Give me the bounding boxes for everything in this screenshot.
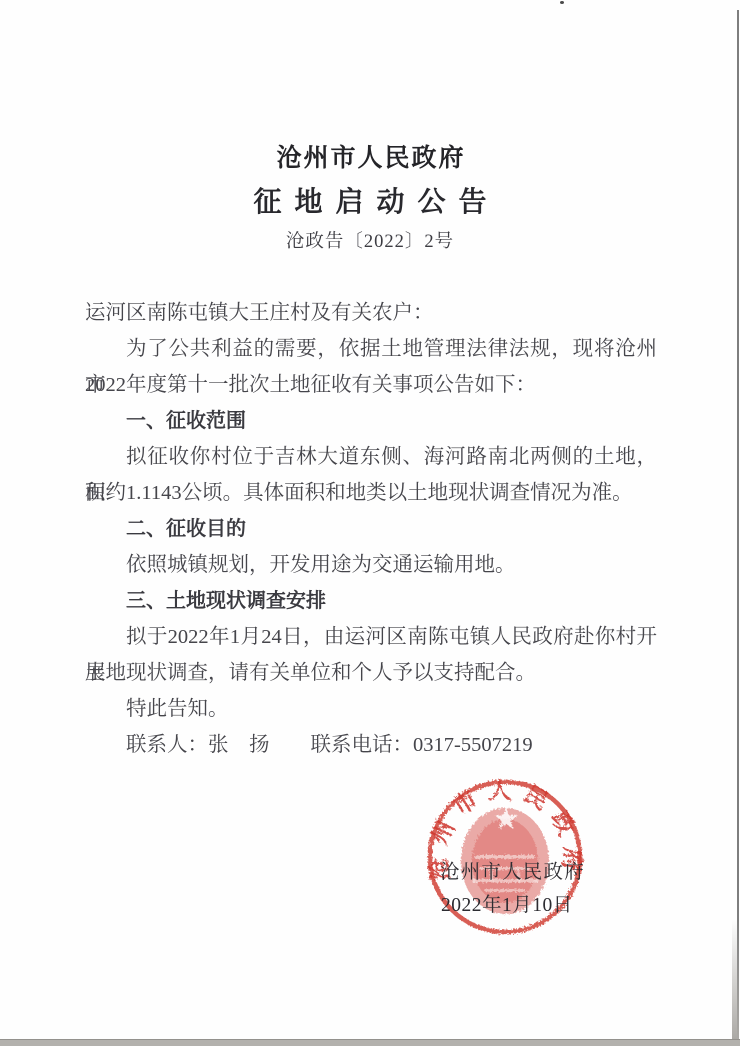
- signature-date: 2022年1月10日: [441, 889, 573, 917]
- paragraph-line: 2022年度第十一批次土地征收有关事项公告如下：: [85, 367, 657, 403]
- paragraph-line: 拟征收你村位于吉林大道东侧、海河路南北两侧的土地，面: [85, 439, 657, 475]
- section-1-heading: 一、征收范围: [85, 403, 657, 439]
- doc-title: 沧州市人民政府: [0, 138, 740, 174]
- salutation-line: 运河区南陈屯镇大王庄村及有关农户：: [85, 295, 657, 331]
- doc-number: 沧政告〔2022〕2号: [0, 227, 740, 253]
- paragraph-line: 依照城镇规划，开发用途为交通运输用地。: [85, 547, 657, 583]
- paragraph-line: 拟于2022年1月24日，由运河区南陈屯镇人民政府赴你村开展: [85, 619, 657, 655]
- scanned-announcement-page: 沧州市人民政府 征地启动公告 沧政告〔2022〕2号 运河区南陈屯镇大王庄村及有…: [0, 0, 740, 1046]
- closing-line: 特此告知。: [85, 691, 657, 727]
- section-2-heading: 二、征收目的: [85, 511, 657, 547]
- paragraph-line: 为了公共利益的需要，依据土地管理法律法规，现将沧州市: [85, 331, 657, 367]
- doc-subtitle: 征地启动公告: [0, 180, 740, 220]
- signature-issuer: 沧州市人民政府: [440, 856, 585, 884]
- scan-speck: [560, 1, 564, 4]
- scanner-edge-bottom: [0, 1039, 740, 1046]
- paper-edge-right: [737, 10, 739, 1039]
- paragraph-line: 积约1.1143公顷。具体面积和地类以土地现状调查情况为准。: [85, 475, 657, 511]
- paragraph-line: 土地现状调查，请有关单位和个人予以支持配合。: [85, 655, 657, 691]
- doc-body: 运河区南陈屯镇大王庄村及有关农户： 为了公共利益的需要，依据土地管理法律法规，现…: [85, 295, 657, 763]
- paper-edge-corner: [732, 919, 739, 1039]
- section-3-heading: 三、土地现状调查安排: [85, 583, 657, 619]
